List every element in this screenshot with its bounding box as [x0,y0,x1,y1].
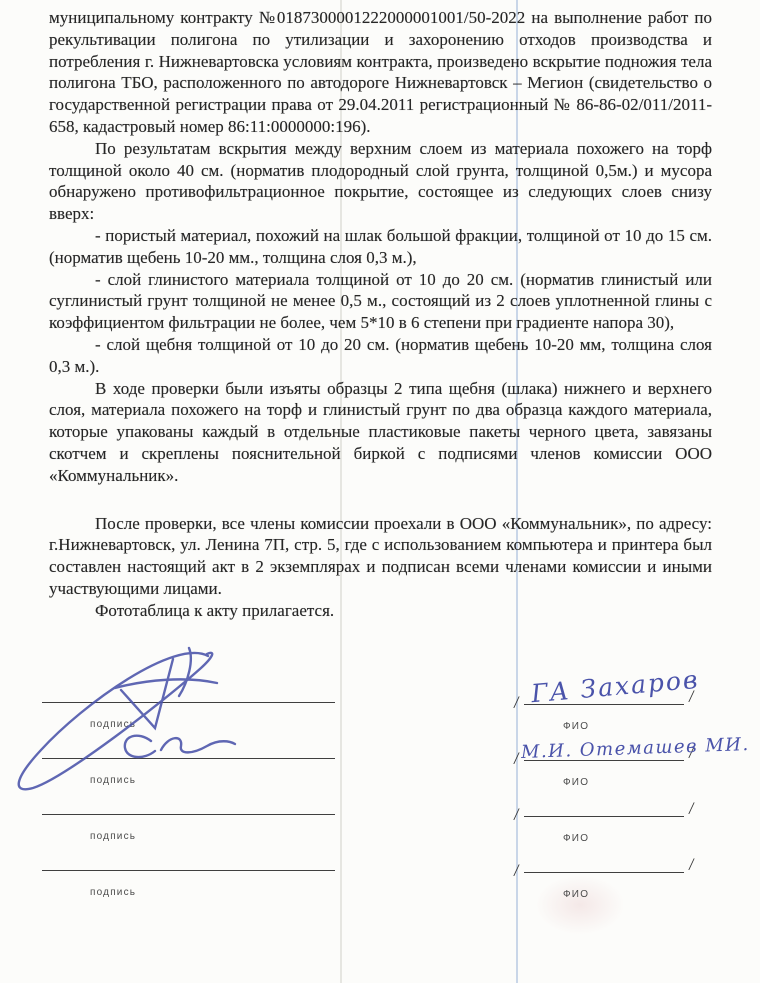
signature-line [42,870,335,871]
paragraph-after-check: После проверки, все члены комиссии проех… [49,513,712,600]
slash-mark: / [513,805,520,823]
fio-field: / / [514,801,694,817]
slash-mark: / [688,799,695,817]
slash-mark: / [513,861,520,879]
fio-caption: ФИО [563,721,589,732]
paragraph-phototable: Фототаблица к акту прилагается. [49,600,712,622]
paragraph-samples: В ходе проверки были изъяты образцы 2 ти… [49,378,712,487]
paragraph-layer-clay: - слой глинистого материала толщиной от … [49,269,712,334]
paragraph-contract: муниципальному контракту №01873000012220… [49,7,712,138]
paragraph-layer-gravel: - слой щебня толщиной от 10 до 20 см. (н… [49,334,712,378]
fio-caption: ФИО [563,833,589,844]
document-page: муниципальному контракту №01873000012220… [0,0,760,983]
handwritten-signature [3,642,248,797]
fio-caption: ФИО [563,889,589,900]
fio-field: / / [514,857,694,873]
paragraph-layer-porous: - пористый материал, похожий на шлак бол… [49,225,712,269]
paragraph-inspection-results: По результатам вскрытия между верхним сл… [49,138,712,225]
fio-line [524,872,684,873]
fio-line [524,816,684,817]
slash-mark: / [513,749,520,767]
fio-caption: ФИО [563,777,589,788]
signature-caption: подпись [90,831,136,842]
signature-row: подпись / / ФИО [0,870,760,926]
signature-line [42,814,335,815]
slash-mark: / [688,855,695,873]
signature-caption: подпись [90,887,136,898]
slash-mark: / [513,693,520,711]
document-text: муниципальному контракту №01873000012220… [49,7,712,622]
